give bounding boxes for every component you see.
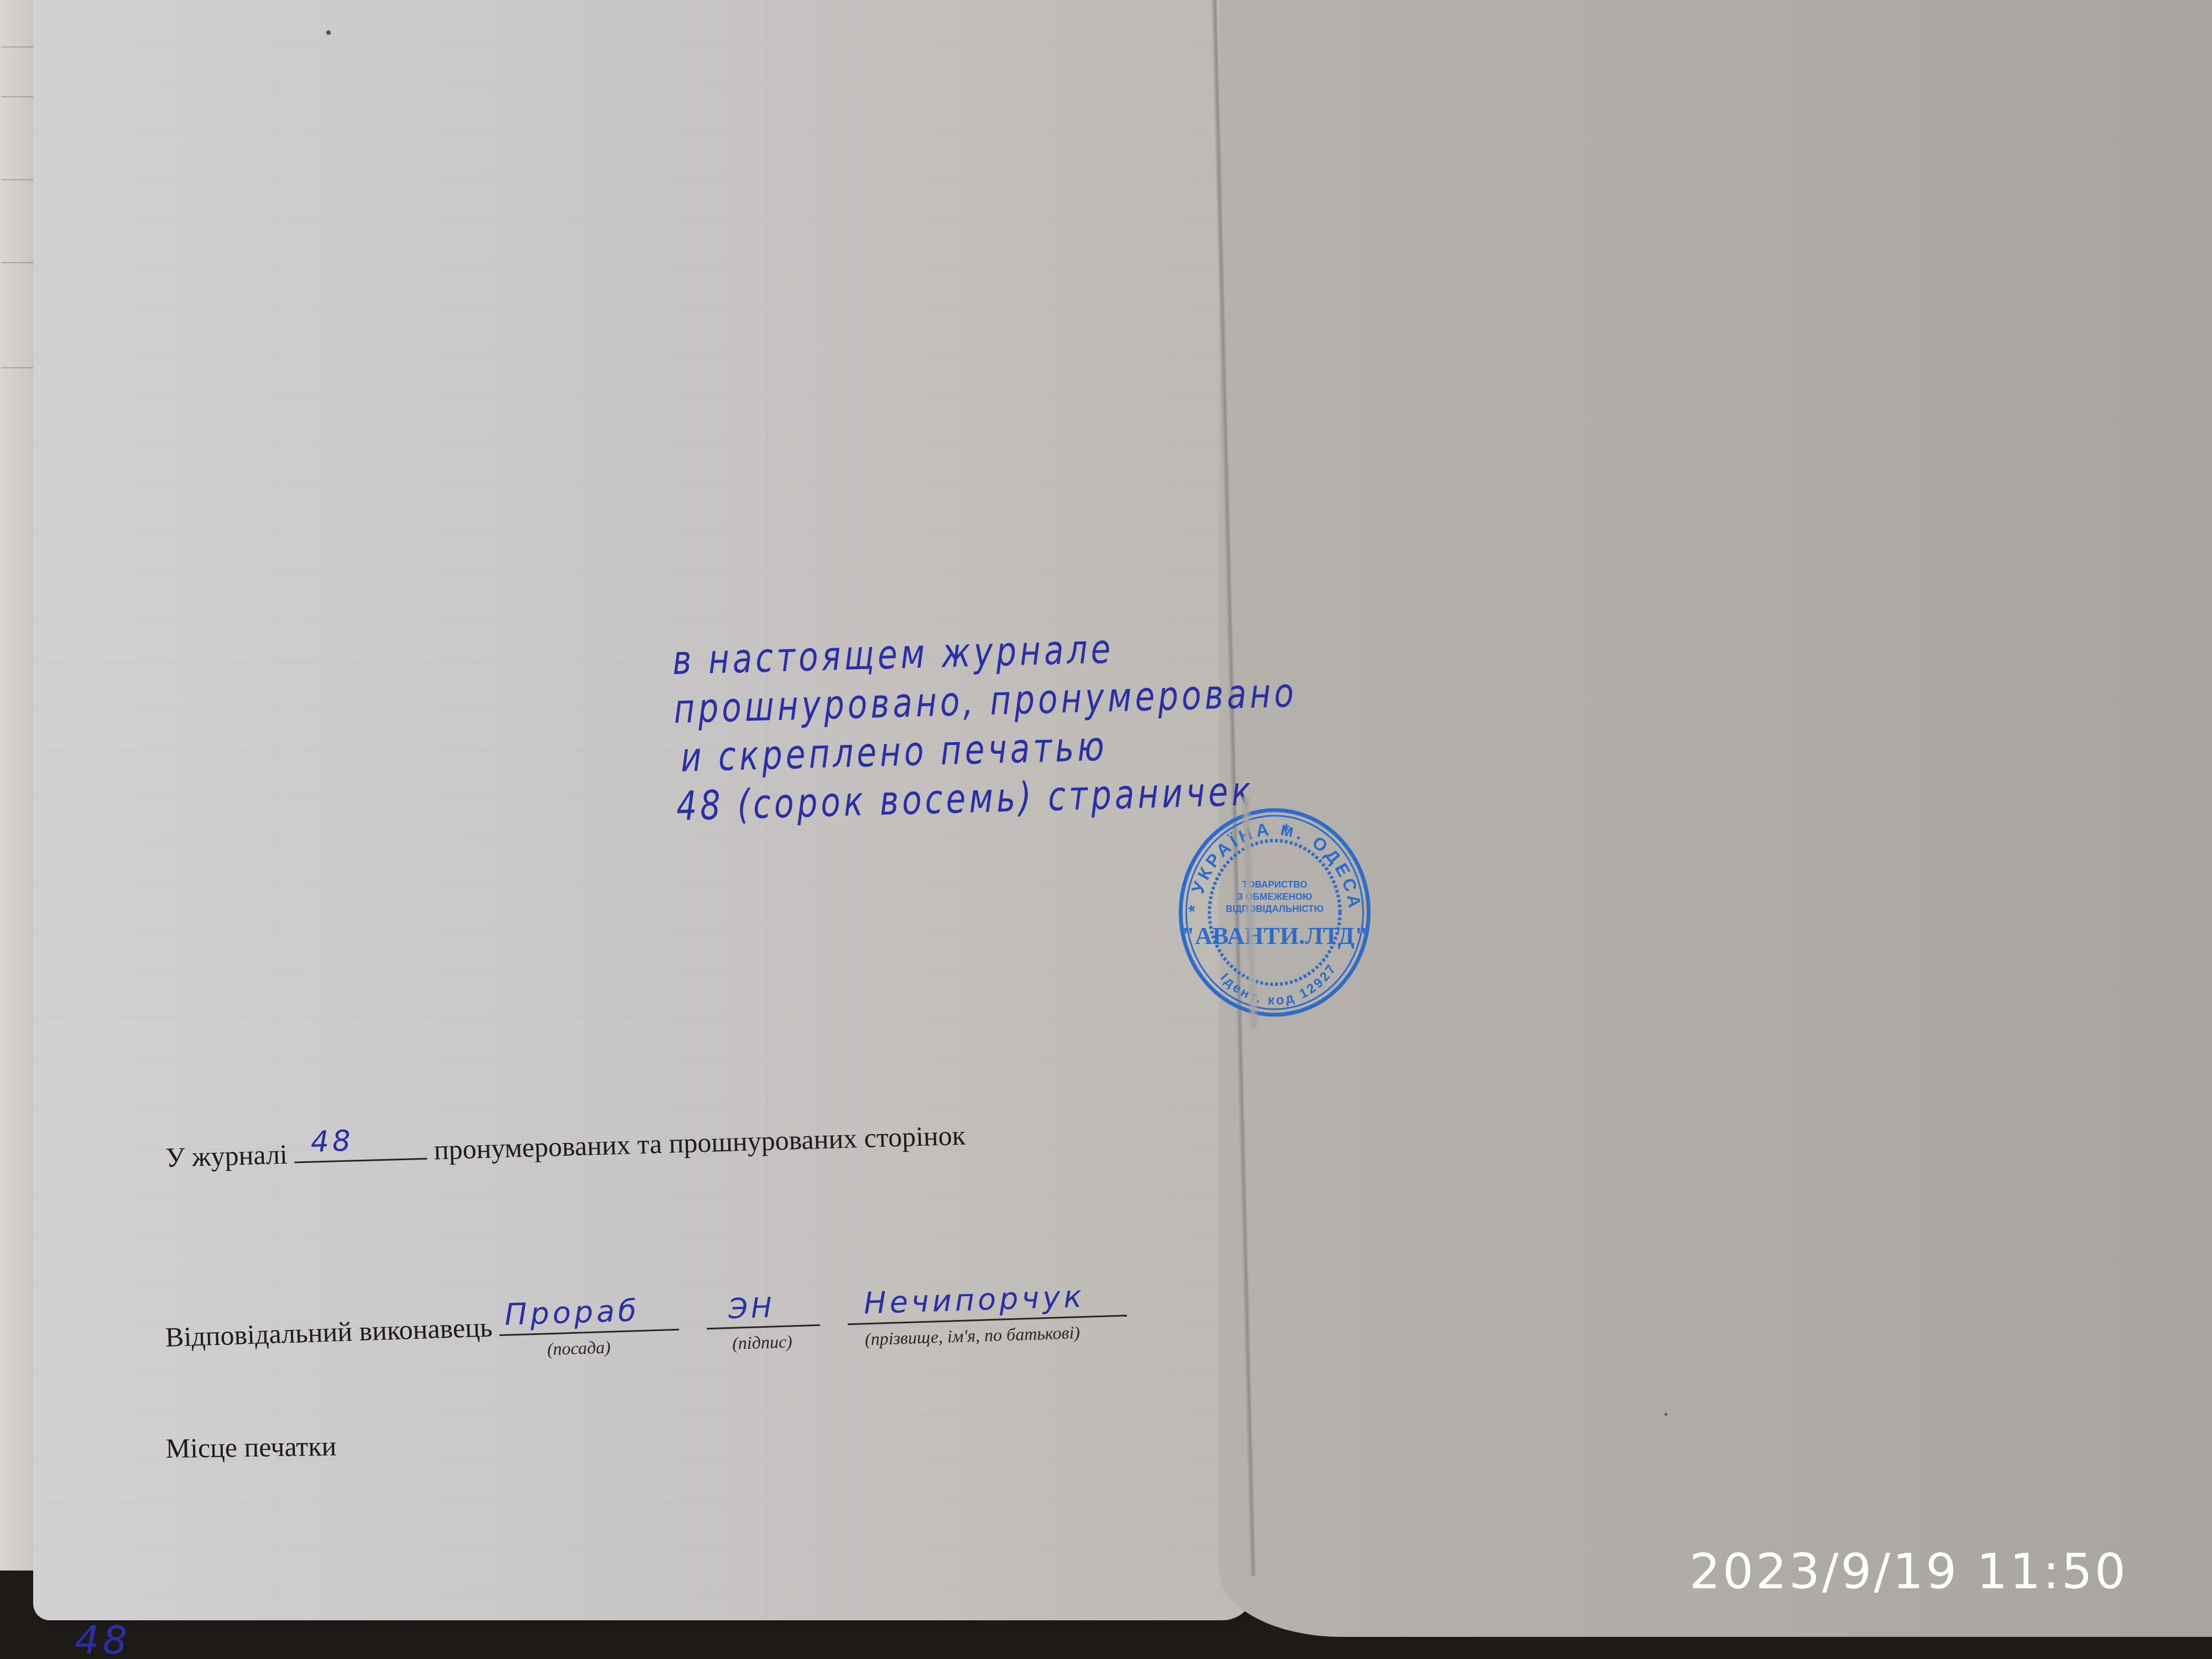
stamp-company-name: "АВАНТИ.ЛТД": [1181, 922, 1368, 950]
signature-field: ЭН (підпис): [706, 1298, 820, 1329]
company-stamp: * УКРАЇНА * м. ОДЕСА * Ідент. код 12927 …: [1172, 799, 1377, 1020]
paper-speck: [1665, 1413, 1667, 1416]
signature-value: ЭН: [728, 1291, 775, 1325]
seal-place-label: Місце печатки: [165, 1430, 336, 1464]
paper-speck: [326, 30, 331, 35]
corner-page-number: 48: [75, 1618, 131, 1659]
photo-timestamp: 2023/9/19 11:50: [1689, 1543, 2128, 1600]
signature-caption: (підпис): [732, 1331, 793, 1353]
stamp-inner-line: ВІДПОВІДАЛЬНІСТЮ: [1225, 904, 1323, 914]
photo-scene: в настоящем журнале прошнуровано, пронум…: [0, 0, 2212, 1659]
handwritten-certification-note: в настоящем журнале прошнуровано, пронум…: [672, 622, 1202, 831]
position-caption: (посада): [547, 1337, 611, 1360]
position-field: Прораб (посада): [499, 1303, 679, 1336]
position-value: Прораб: [504, 1293, 640, 1332]
full-name-field: Нечипорчук (прізвище, ім'я, по батькові): [847, 1288, 1127, 1325]
pages-count-value: 48: [310, 1124, 354, 1159]
pages-prefix: У журналі: [165, 1139, 288, 1173]
pages-count-field: 48: [294, 1132, 427, 1164]
full-name-value: Нечипорчук: [863, 1279, 1086, 1321]
